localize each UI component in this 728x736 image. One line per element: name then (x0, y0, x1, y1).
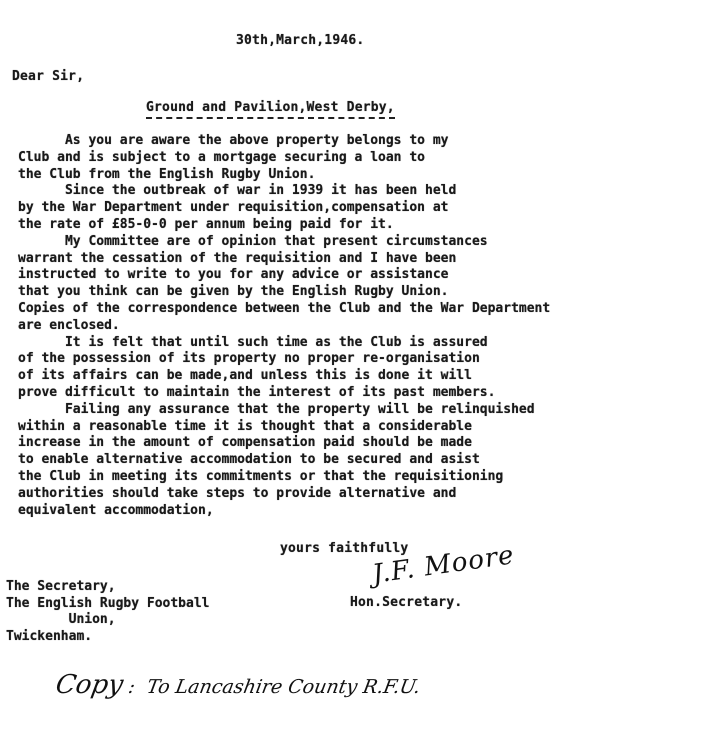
addressee-line: The English Rugby Football (6, 596, 210, 613)
body-line: warrant the cessation of the requisition… (18, 251, 550, 268)
body-line: by the War Department under requisition,… (18, 200, 550, 217)
addressee-line: The Secretary, (6, 579, 210, 596)
body-line: are enclosed. (18, 318, 550, 335)
letter-body: As you are aware the above property belo… (18, 133, 550, 519)
body-line: My Committee are of opinion that present… (18, 234, 550, 251)
closing: yours faithfully (280, 541, 408, 557)
subject-heading: Ground and Pavilion,West Derby, (146, 100, 395, 119)
body-line: of its affairs can be made,and unless th… (18, 368, 550, 385)
body-line: of the possession of its property no pro… (18, 351, 550, 368)
body-line: Club and is subject to a mortgage securi… (18, 150, 550, 167)
body-line: As you are aware the above property belo… (18, 133, 550, 150)
letter-page: 30th,March,1946. Dear Sir, Ground and Pa… (0, 0, 728, 736)
signatory-title: Hon.Secretary. (350, 595, 462, 611)
body-line: Failing any assurance that the property … (18, 402, 550, 419)
body-line: to enable alternative accommodation to b… (18, 452, 550, 469)
body-line: prove difficult to maintain the interest… (18, 385, 550, 402)
body-line: increase in the amount of compensation p… (18, 435, 550, 452)
body-line: Since the outbreak of war in 1939 it has… (18, 183, 550, 200)
body-line: equivalent accommodation, (18, 503, 550, 520)
body-line: the Club from the English Rugby Union. (18, 167, 550, 184)
body-line: Copies of the correspondence between the… (18, 301, 550, 318)
handwritten-copy-note: Copy : To Lancashire County R.F.U. (53, 670, 423, 700)
body-line: authorities should take steps to provide… (18, 486, 550, 503)
salutation: Dear Sir, (12, 69, 84, 85)
body-line: that you think can be given by the Engli… (18, 284, 550, 301)
addressee-block: The Secretary, The English Rugby Footbal… (6, 579, 210, 645)
body-line: within a reasonable time it is thought t… (18, 419, 550, 436)
addressee-line: Twickenham. (6, 629, 210, 646)
body-line: the Club in meeting its commitments or t… (18, 469, 550, 486)
copy-word: Copy (53, 670, 125, 700)
letter-date: 30th,March,1946. (236, 33, 364, 49)
body-line: instructed to write to you for any advic… (18, 267, 550, 284)
copy-recipient: : To Lancashire County R.F.U. (121, 676, 422, 698)
body-line: the rate of £85-0-0 per annum being paid… (18, 217, 550, 234)
body-line: It is felt that until such time as the C… (18, 335, 550, 352)
addressee-line: Union, (6, 612, 210, 629)
